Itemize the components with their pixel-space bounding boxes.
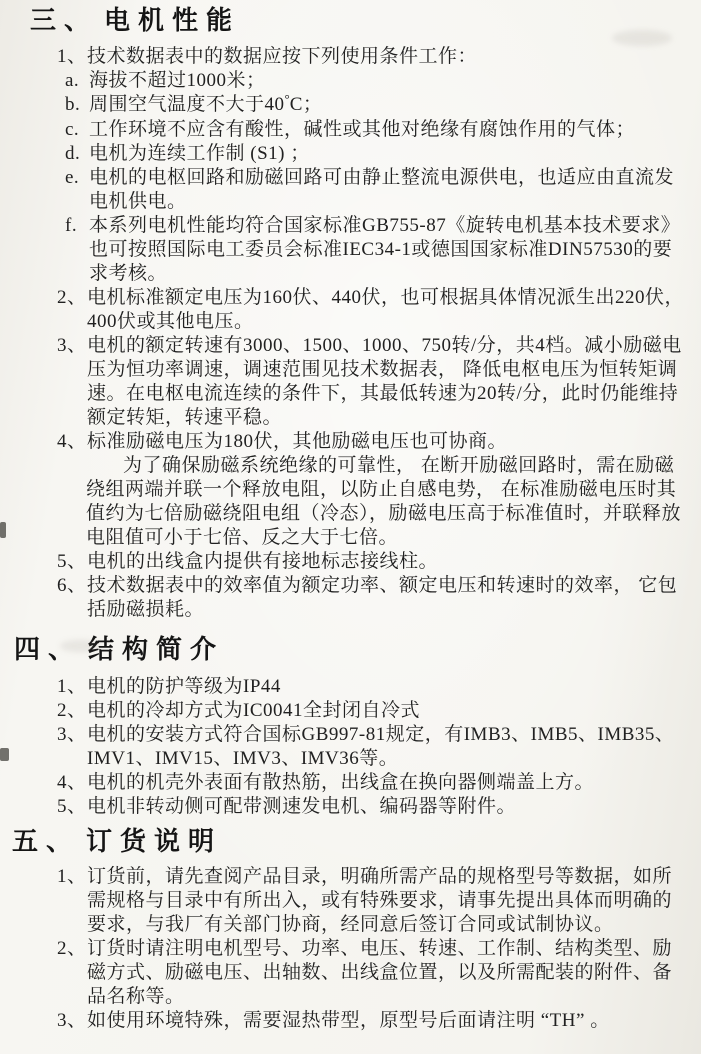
section-motor-performance: 三、电机性能 1、 技术数据表中的数据应按下列使用条件工作： a. 海拔不超过1…: [0, 6, 701, 622]
item-text: 如使用环境特殊，需要湿热带型，原型号后面请注明 “TH” 。: [87, 1009, 687, 1033]
list-item: 2、 订货时请注明电机型号、功率、电压、转速、工作制、结构类型、励磁方式、励磁电…: [57, 937, 701, 1009]
list-item: 4、 电机的机壳外表面有散热筋，出线盒在换向器侧端盖上方。: [57, 771, 701, 795]
subitem-label: d.: [65, 142, 89, 166]
item-number: 4、: [57, 430, 87, 454]
subitem-label: c.: [65, 118, 89, 142]
item-text: 电机标准额定电压为160伏、440伏，也可根据具体情况派生出220伏，400伏或…: [87, 286, 687, 334]
list-item: 6、 技术数据表中的效率值为额定功率、额定电压和转速时的效率， 它包括励磁损耗。: [57, 574, 701, 622]
section-number: 五、: [12, 827, 80, 856]
list-item: 2、 电机标准额定电压为160伏、440伏，也可根据具体情况派生出220伏，40…: [57, 286, 701, 334]
list-item: 5、 电机的出线盒内提供有接地标志接线柱。: [57, 550, 701, 574]
section-ordering-instructions: 五、订货说明 1、 订货前，请先查阅产品目录，明确所需产品的规格型号等数据，如所…: [0, 827, 701, 1033]
subitem-text: 电机的电枢回路和励磁回路可由静止整流电源供电，也适应由直流发电机供电。: [89, 166, 687, 214]
section-title: 电机性能: [104, 6, 240, 35]
item-number: 4、: [57, 771, 87, 795]
list-subitem: c. 工作环境不应含有酸性，碱性或其他对绝缘有腐蚀作用的气体；: [65, 118, 701, 142]
item-number: 3、: [57, 723, 87, 771]
list-item: 4、 标准励磁电压为180伏，其他励磁电压也可协商。: [57, 430, 701, 454]
section-heading: 三、电机性能: [30, 6, 701, 36]
scan-smudge: [612, 30, 672, 46]
item-number: 1、: [57, 675, 87, 699]
list-item: 3、 电机的额定转速有3000、1500、1000、750转/分，共4档。减小励…: [57, 334, 701, 430]
item-text: 电机的防护等级为IP44: [87, 675, 687, 699]
item-text: 电机的额定转速有3000、1500、1000、750转/分，共4档。减小励磁电压…: [87, 334, 687, 430]
scan-artifact: [0, 748, 9, 761]
item-text: 订货时请注明电机型号、功率、电压、转速、工作制、结构类型、励磁方式、励磁电压、出…: [87, 937, 687, 1009]
item-text: 订货前，请先查阅产品目录，明确所需产品的规格型号等数据，如所需规格与目录中有所出…: [87, 865, 687, 937]
subitem-label: e.: [65, 166, 89, 214]
section-heading: 五、订货说明: [12, 827, 701, 857]
item-number: 5、: [57, 795, 87, 819]
subitem-text: 工作环境不应含有酸性，碱性或其他对绝缘有腐蚀作用的气体；: [89, 118, 687, 142]
subitem-text: 本系列电机性能均符合国家标准GB755-87《旋转电机基本技术要求》也可按照国际…: [89, 214, 687, 286]
item-number: 2、: [57, 286, 87, 334]
subitem-label: b.: [65, 93, 89, 118]
item-text: 电机非转动侧可配带测速发电机、编码器等附件。: [87, 795, 687, 819]
list-subitem: f. 本系列电机性能均符合国家标准GB755-87《旋转电机基本技术要求》也可按…: [65, 214, 701, 286]
list-item: 1、 电机的防护等级为IP44: [57, 675, 701, 699]
section-number: 三、: [30, 6, 98, 35]
item-number: 1、: [57, 865, 87, 937]
scanned-document-page: 三、电机性能 1、 技术数据表中的数据应按下列使用条件工作： a. 海拔不超过1…: [0, 0, 701, 1054]
subitem-label: f.: [65, 214, 89, 286]
item-number: 2、: [57, 937, 87, 1009]
item-text: 技术数据表中的效率值为额定功率、额定电压和转速时的效率， 它包括励磁损耗。: [87, 574, 687, 622]
item-text: 电机的冷却方式为IC0041全封闭自冷式: [87, 699, 687, 723]
list-subitem: b. 周围空气温度不大于40°C；: [65, 93, 701, 118]
item-number: 6、: [57, 574, 87, 622]
list-subitem: e. 电机的电枢回路和励磁回路可由静止整流电源供电，也适应由直流发电机供电。: [65, 166, 701, 214]
item-number: 1、: [57, 45, 87, 69]
item-text: 标准励磁电压为180伏，其他励磁电压也可协商。: [87, 430, 687, 454]
subitem-text-post: C；: [290, 94, 323, 115]
item-number: 5、: [57, 550, 87, 574]
item-number: 2、: [57, 699, 87, 723]
list-subitem: a. 海拔不超过1000米；: [65, 69, 701, 93]
list-item: 5、 电机非转动侧可配带测速发电机、编码器等附件。: [57, 795, 701, 819]
subitem-text: 周围空气温度不大于40°C；: [89, 93, 687, 118]
subitem-text-pre: 周围空气温度不大于40: [89, 94, 285, 115]
scan-artifact: [0, 522, 6, 538]
section-title: 订货说明: [86, 827, 222, 856]
list-item: 1、 技术数据表中的数据应按下列使用条件工作：: [57, 45, 701, 69]
subitem-text: 海拔不超过1000米；: [89, 69, 687, 93]
subitem-label: a.: [65, 69, 89, 93]
item-text: 电机的机壳外表面有散热筋，出线盒在换向器侧端盖上方。: [87, 771, 687, 795]
item-text: 电机的出线盒内提供有接地标志接线柱。: [87, 550, 687, 574]
scan-smudge: [60, 640, 100, 652]
section-heading: 四、结构简介: [14, 635, 701, 665]
section-structure-intro: 四、结构简介 1、 电机的防护等级为IP44 2、 电机的冷却方式为IC0041…: [0, 635, 701, 819]
item-text: 电机的安装方式符合国标GB997-81规定，有IMB3、IMB5、IMB35、I…: [87, 723, 687, 771]
item-note-paragraph: 为了确保励磁系统绝缘的可靠性， 在断开励磁回路时，需在励磁绕组两端并联一个释放电…: [86, 454, 701, 550]
item-number: 3、: [57, 1009, 87, 1033]
section-title: 结构简介: [88, 635, 224, 664]
subitem-text: 电机为连续工作制 (S1) ；: [89, 142, 687, 166]
list-item: 3、 如使用环境特殊，需要湿热带型，原型号后面请注明 “TH” 。: [57, 1009, 701, 1033]
list-subitem: d. 电机为连续工作制 (S1) ；: [65, 142, 701, 166]
list-item: 3、 电机的安装方式符合国标GB997-81规定，有IMB3、IMB5、IMB3…: [57, 723, 701, 771]
list-item: 1、 订货前，请先查阅产品目录，明确所需产品的规格型号等数据，如所需规格与目录中…: [57, 865, 701, 937]
item-number: 3、: [57, 334, 87, 430]
degree-symbol: °: [285, 87, 290, 111]
list-item: 2、 电机的冷却方式为IC0041全封闭自冷式: [57, 699, 701, 723]
item-text: 技术数据表中的数据应按下列使用条件工作：: [87, 45, 687, 69]
